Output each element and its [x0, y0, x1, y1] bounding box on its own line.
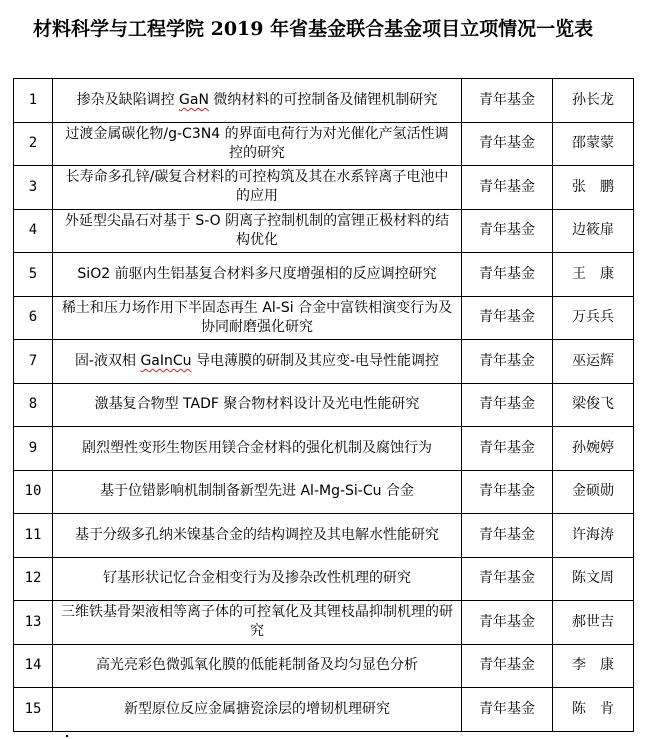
paragraph-mark — [66, 735, 68, 737]
row-number: 8 — [14, 383, 53, 427]
principal-name: 许海涛 — [553, 514, 634, 558]
row-number: 15 — [14, 688, 53, 732]
fund-type: 青年基金 — [462, 601, 553, 645]
project-title: 过渡金属碳化物/g-C3N4 的界面电荷行为对光催化产氢活性调控的研究 — [53, 122, 462, 166]
table-row: 5 SiO2 前驱内生铝基复合材料多尺度增强相的反应调控研究 青年基金 王 康 — [14, 253, 634, 297]
fund-type: 青年基金 — [462, 470, 553, 514]
row-number: 14 — [14, 644, 53, 688]
project-title: 稀土和压力场作用下半固态再生 Al-Si 合金中富铁相演变行为及协同耐磨强化研究 — [53, 296, 462, 340]
principal-name: 孙婉婷 — [553, 427, 634, 471]
row-number: 11 — [14, 514, 53, 558]
row-number: 10 — [14, 470, 53, 514]
principal-name: 王 康 — [553, 253, 634, 297]
fund-type: 青年基金 — [462, 688, 553, 732]
project-title: 剧烈塑性变形生物医用镁合金材料的强化机制及腐蚀行为 — [53, 427, 462, 471]
principal-name: 孙长龙 — [553, 79, 634, 123]
table-row: 8 激基复合物型 TADF 聚合物材料设计及光电性能研究 青年基金 梁俊飞 — [14, 383, 634, 427]
fund-type: 青年基金 — [462, 427, 553, 471]
project-title: 掺杂及缺陷调控 GaN 微纳材料的可控制备及储锂机制研究 — [53, 79, 462, 123]
row-number: 7 — [14, 340, 53, 384]
project-title: 长寿命多孔锌/碳复合材料的可控构筑及其在水系锌离子电池中的应用 — [53, 166, 462, 210]
table-row: 2 过渡金属碳化物/g-C3N4 的界面电荷行为对光催化产氢活性调控的研究 青年… — [14, 122, 634, 166]
fund-type: 青年基金 — [462, 209, 553, 253]
principal-name: 梁俊飞 — [553, 383, 634, 427]
fund-type: 青年基金 — [462, 644, 553, 688]
principal-name: 陈 肯 — [553, 688, 634, 732]
fund-type: 青年基金 — [462, 296, 553, 340]
fund-type: 青年基金 — [462, 79, 553, 123]
project-title: 高光亮彩色微弧氧化膜的低能耗制备及均匀显色分析 — [53, 644, 462, 688]
project-title: 外延型尖晶石对基于 S-O 阴离子控制机制的富锂正极材料的结构优化 — [53, 209, 462, 253]
row-number: 4 — [14, 209, 53, 253]
principal-name: 邵蒙蒙 — [553, 122, 634, 166]
spellcheck-mark: GaN — [179, 92, 209, 108]
principal-name: 边筱扉 — [553, 209, 634, 253]
principal-name: 金硕勋 — [553, 470, 634, 514]
row-number: 13 — [14, 601, 53, 645]
principal-name: 张 鹏 — [553, 166, 634, 210]
table-row: 13 三维铁基骨架液相等离子体的可控氧化及其锂枝晶抑制机理的研究 青年基金 郝世… — [14, 601, 634, 645]
row-number: 3 — [14, 166, 53, 210]
table-row: 14 高光亮彩色微弧氧化膜的低能耗制备及均匀显色分析 青年基金 李 康 — [14, 644, 634, 688]
project-title: 新型原位反应金属搪瓷涂层的增韧机理研究 — [53, 688, 462, 732]
fund-type: 青年基金 — [462, 253, 553, 297]
project-title: SiO2 前驱内生铝基复合材料多尺度增强相的反应调控研究 — [53, 253, 462, 297]
principal-name: 李 康 — [553, 644, 634, 688]
row-number: 5 — [14, 253, 53, 297]
project-title: 基于位错影响机制制备新型先进 Al-Mg-Si-Cu 合金 — [53, 470, 462, 514]
row-number: 6 — [14, 296, 53, 340]
principal-name: 郝世吉 — [553, 601, 634, 645]
fund-type: 青年基金 — [462, 166, 553, 210]
table-row: 9 剧烈塑性变形生物医用镁合金材料的强化机制及腐蚀行为 青年基金 孙婉婷 — [14, 427, 634, 471]
table-row: 10 基于位错影响机制制备新型先进 Al-Mg-Si-Cu 合金 青年基金 金硕… — [14, 470, 634, 514]
spellcheck-mark: GaInCu — [140, 353, 191, 369]
table-row: 3 长寿命多孔锌/碳复合材料的可控构筑及其在水系锌离子电池中的应用 青年基金 张… — [14, 166, 634, 210]
fund-type: 青年基金 — [462, 383, 553, 427]
project-title: 钌基形状记忆合金相变行为及掺杂改性机理的研究 — [53, 557, 462, 601]
fund-type: 青年基金 — [462, 557, 553, 601]
principal-name: 巫运辉 — [553, 340, 634, 384]
project-title: 固-液双相 GaInCu 导电薄膜的研制及其应变-电导性能调控 — [53, 340, 462, 384]
row-number: 9 — [14, 427, 53, 471]
fund-type: 青年基金 — [462, 122, 553, 166]
table-row: 12 钌基形状记忆合金相变行为及掺杂改性机理的研究 青年基金 陈文周 — [14, 557, 634, 601]
document-title: 材料科学与工程学院 2019 年省基金联合基金项目立项情况一览表 — [33, 14, 593, 41]
table-row: 6 稀土和压力场作用下半固态再生 Al-Si 合金中富铁相演变行为及协同耐磨强化… — [14, 296, 634, 340]
fund-type: 青年基金 — [462, 514, 553, 558]
fund-type: 青年基金 — [462, 340, 553, 384]
table-row: 1 掺杂及缺陷调控 GaN 微纳材料的可控制备及储锂机制研究 青年基金 孙长龙 — [14, 79, 634, 123]
table-row: 11 基于分级多孔纳米镍基合金的结构调控及其电解水性能研究 青年基金 许海涛 — [14, 514, 634, 558]
table-row: 7 固-液双相 GaInCu 导电薄膜的研制及其应变-电导性能调控 青年基金 巫… — [14, 340, 634, 384]
row-number: 12 — [14, 557, 53, 601]
principal-name: 万兵兵 — [553, 296, 634, 340]
row-number: 2 — [14, 122, 53, 166]
project-title: 激基复合物型 TADF 聚合物材料设计及光电性能研究 — [53, 383, 462, 427]
principal-name: 陈文周 — [553, 557, 634, 601]
row-number: 1 — [14, 79, 53, 123]
project-title: 三维铁基骨架液相等离子体的可控氧化及其锂枝晶抑制机理的研究 — [53, 601, 462, 645]
project-title: 基于分级多孔纳米镍基合金的结构调控及其电解水性能研究 — [53, 514, 462, 558]
table-row: 15 新型原位反应金属搪瓷涂层的增韧机理研究 青年基金 陈 肯 — [14, 688, 634, 732]
table-row: 4 外延型尖晶石对基于 S-O 阴离子控制机制的富锂正极材料的结构优化 青年基金… — [14, 209, 634, 253]
project-table: 1 掺杂及缺陷调控 GaN 微纳材料的可控制备及储锂机制研究 青年基金 孙长龙 … — [13, 78, 634, 732]
